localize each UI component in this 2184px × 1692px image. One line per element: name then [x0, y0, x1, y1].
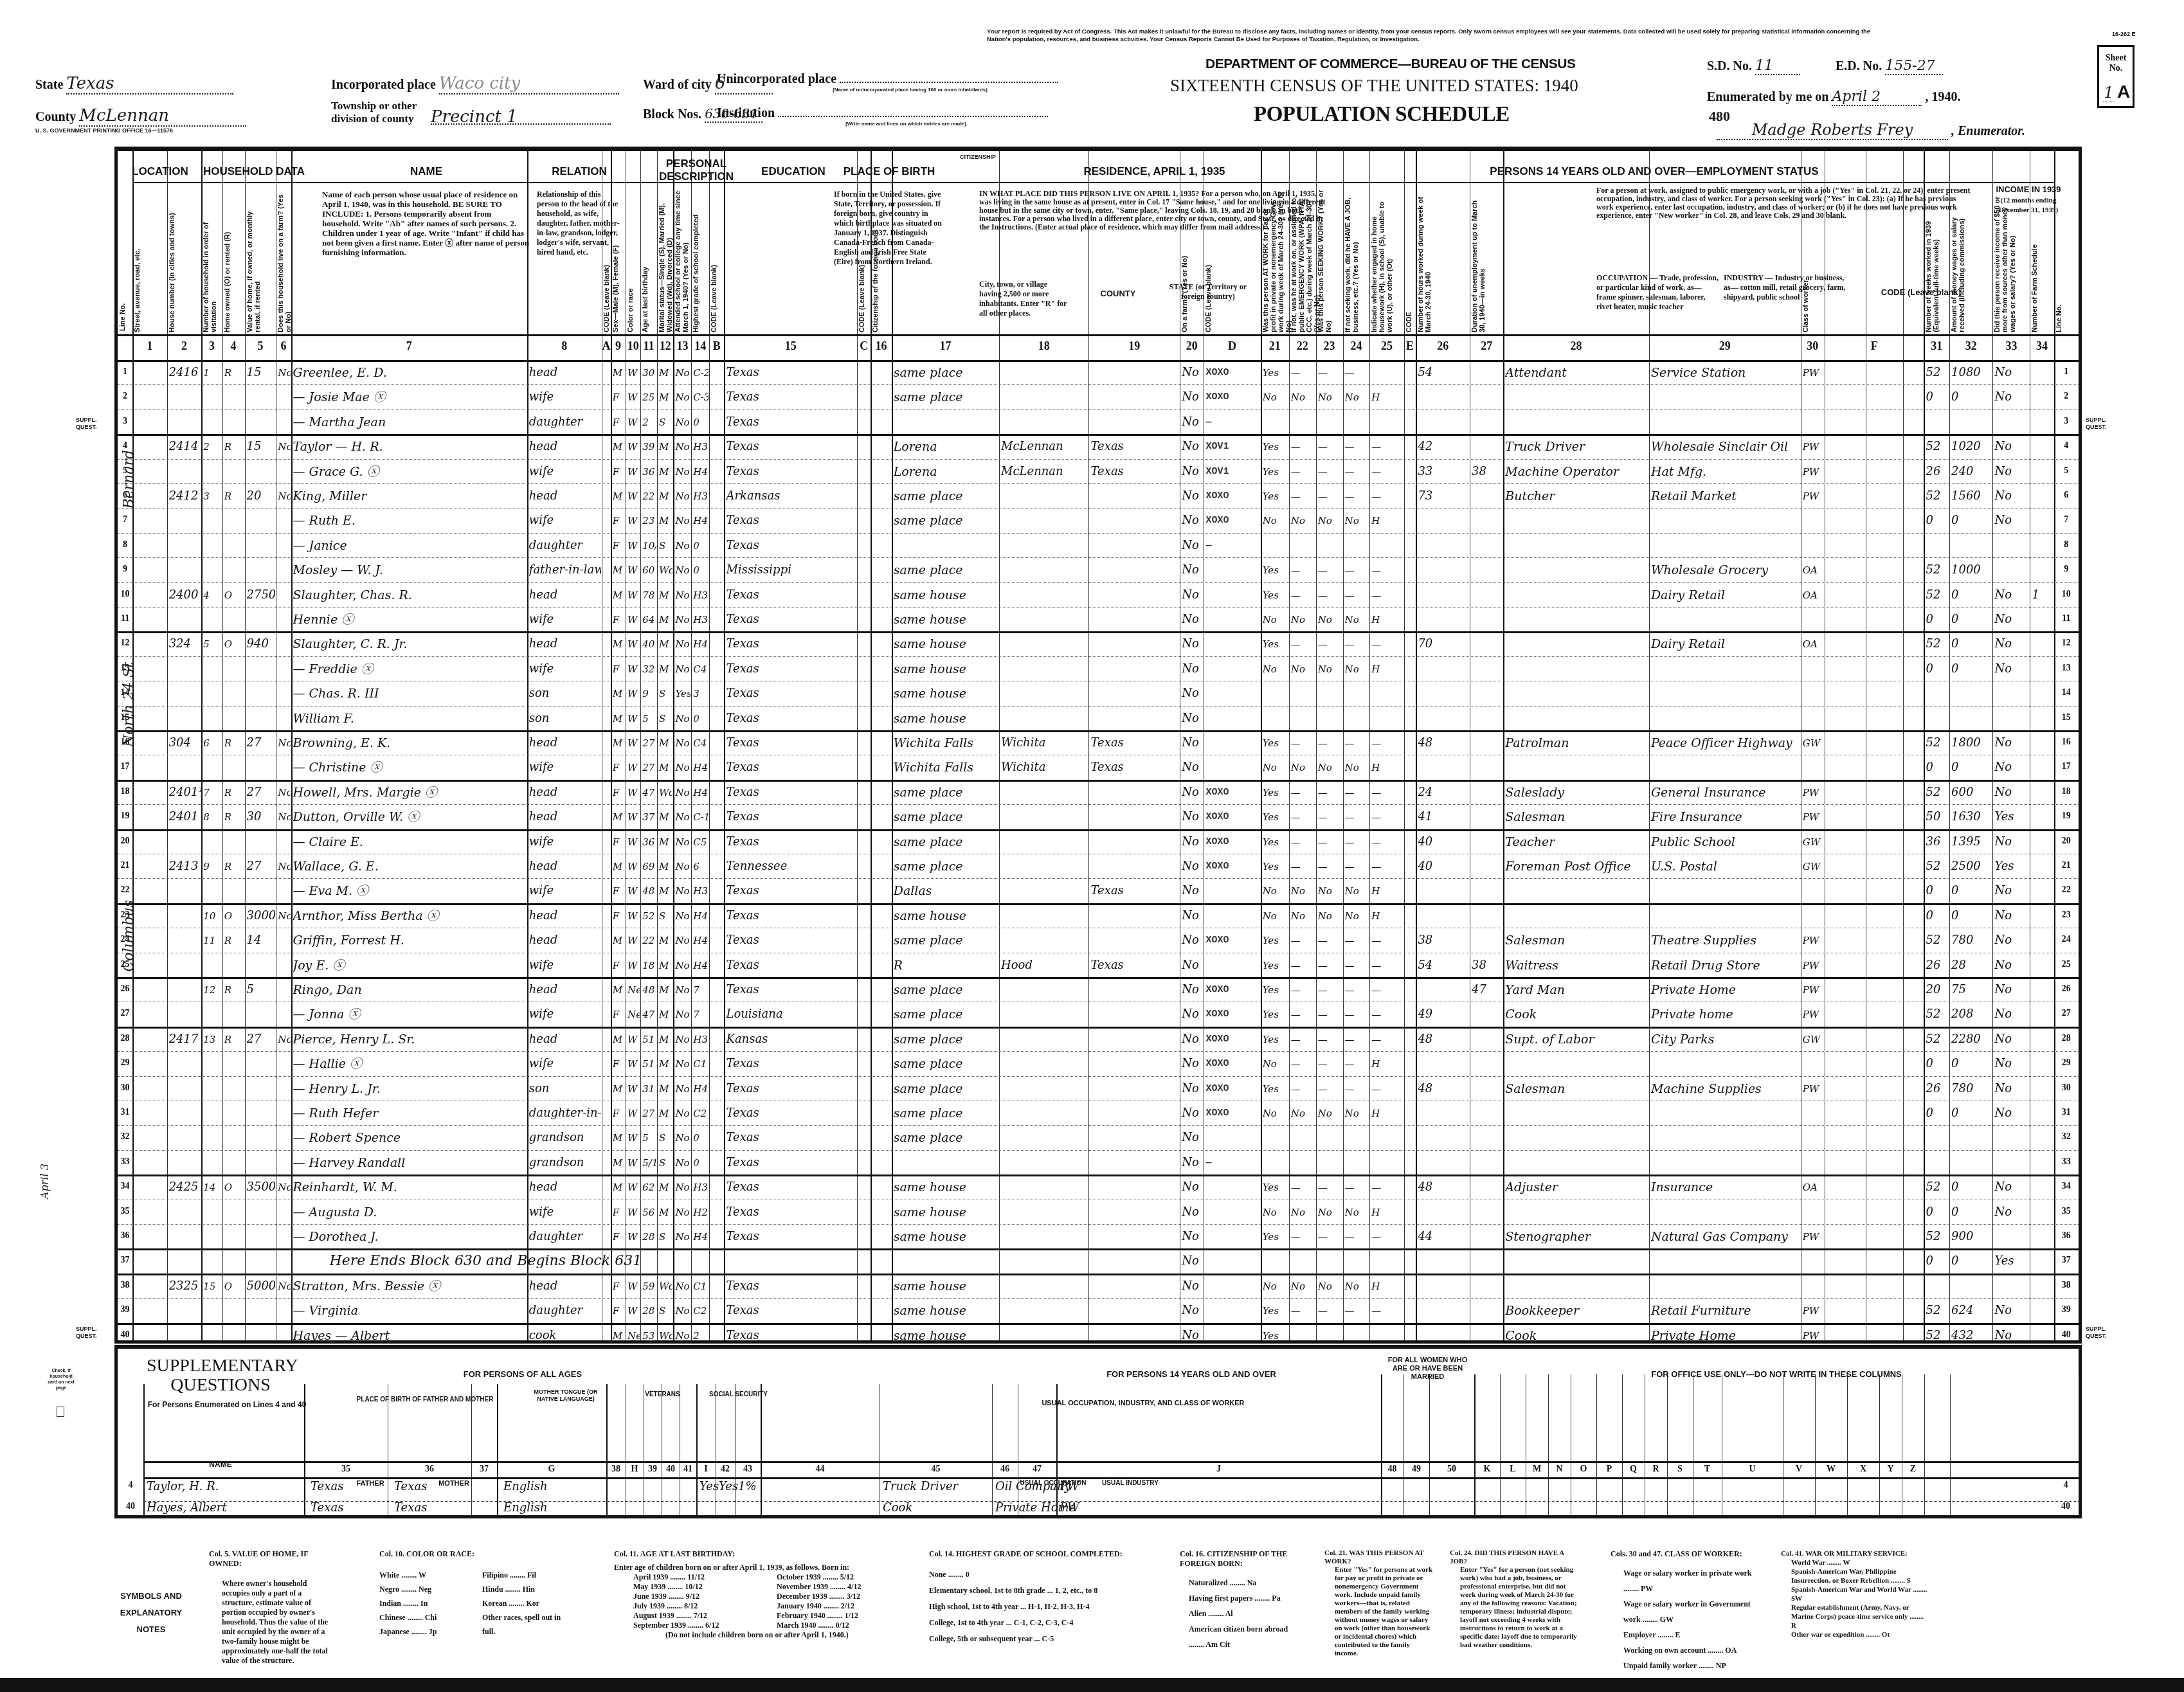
cell-birth: Texas	[726, 786, 856, 799]
cell-code-d: XOXO	[1205, 1008, 1259, 1021]
cell-age: 5/12	[642, 1156, 656, 1169]
cell-c24: —	[1345, 1083, 1369, 1095]
cell-own: O	[224, 1280, 244, 1293]
cell-res-state: Texas	[1090, 465, 1179, 478]
table-row: 242411R14Griffin, Forrest H.headMW22MNoH…	[118, 928, 2079, 952]
enumerator-signature: Madge Roberts Frey	[1717, 121, 1948, 140]
cell-ind: Public School	[1651, 836, 1800, 849]
cell-hh: 3	[203, 490, 222, 503]
cell-wages: 600	[1951, 786, 1992, 799]
cell-res-county: McLennan	[1001, 465, 1088, 478]
cell-sex: F	[613, 416, 625, 429]
cell-rel: head	[529, 860, 601, 873]
cell-grade: C2	[693, 1304, 708, 1317]
cell-cls: PW	[1803, 1329, 1824, 1342]
cell-c24: —	[1345, 1304, 1369, 1317]
column-divider	[1902, 1374, 1902, 1515]
cell-school: No	[675, 1083, 690, 1095]
incorporated-place-field: Incorporated place Waco city	[331, 74, 619, 94]
note-item: Negro ........ Neg	[379, 1582, 469, 1596]
cell-hours: 48	[1418, 1083, 1469, 1095]
cell-race: W	[627, 737, 640, 750]
cell-c25: —	[1371, 589, 1403, 602]
supp-column-number: 35	[304, 1464, 388, 1475]
supp-column-number: S	[1667, 1464, 1693, 1475]
cell-weeks: 52	[1926, 440, 1949, 453]
cell-res: same place	[894, 1008, 998, 1021]
line-number: 10	[118, 589, 132, 600]
cell-birth: Texas	[726, 984, 856, 996]
note-item: May 1939 ........ 10/12	[633, 1582, 766, 1592]
cell-grade: H4	[693, 465, 708, 478]
cell-other: No	[1994, 836, 2029, 849]
line-number-right: 27	[2054, 1009, 2079, 1019]
cell-birth: Texas	[726, 1206, 856, 1219]
cell-school: No	[675, 589, 690, 602]
cell-name: — Henry L. Jr.	[293, 1083, 527, 1095]
line-number: 31	[118, 1108, 132, 1118]
cell-farm: No	[278, 786, 290, 799]
column-number: D	[1204, 339, 1260, 353]
line-number: 29	[118, 1058, 132, 1068]
cell-c23: No	[1318, 1206, 1342, 1219]
column-header-dur: Duration of unemployment up to March 30,…	[1471, 190, 1503, 332]
supp-line-number-right: 4	[2053, 1480, 2079, 1491]
column-divider	[1722, 1374, 1722, 1515]
cell-rel: grandson	[529, 1156, 601, 1169]
cell-c25: H	[1371, 761, 1403, 774]
cell-race: W	[627, 416, 640, 429]
cell-school: No	[675, 490, 690, 503]
cell-weeks: 52	[1926, 860, 1949, 873]
table-row: 18182401½7R27NoHowell, Mrs. Margie ⓧhead…	[118, 780, 2079, 804]
cell-farm: No	[278, 1033, 290, 1046]
cell-sex: M	[613, 589, 625, 602]
cell-mar: M	[659, 1206, 673, 1219]
cell-c24: —	[1345, 1057, 1369, 1070]
cell-occ: Yard Man	[1505, 984, 1648, 996]
cell-name: Howell, Mrs. Margie ⓧ	[293, 786, 527, 799]
cell-c22: —	[1291, 440, 1315, 453]
group-relation: RELATION	[534, 165, 624, 178]
cell-birth: Texas	[726, 885, 856, 897]
cell-res: same place	[894, 490, 998, 503]
cell-c21: Yes	[1263, 1230, 1288, 1243]
cell-house: 2400	[169, 589, 201, 602]
cell-grade: 0	[693, 1156, 708, 1169]
cell-res-state: Texas	[1090, 885, 1179, 897]
cell-on-farm: No	[1182, 391, 1203, 404]
cell-code-d: XOXO	[1205, 811, 1259, 824]
cell-grade: 3	[693, 687, 708, 700]
cell-age: 27	[642, 1107, 656, 1120]
table-row: 1414— Chas. R. IIIsonMW9SYes3Texassame h…	[118, 681, 2079, 705]
cell-res: same house	[894, 613, 998, 626]
cell-cls: PW	[1803, 366, 1824, 379]
cell-c21: No	[1263, 514, 1288, 527]
supp-mother-tongue: English	[503, 1502, 600, 1515]
cell-c21: Yes	[1263, 1083, 1288, 1095]
cell-cls: OA	[1803, 1181, 1824, 1194]
cell-cls: PW	[1803, 934, 1824, 947]
cell-other: No	[1994, 613, 2029, 626]
supp-column-number: 50	[1429, 1464, 1474, 1475]
table-row: 3030— Henry L. Jr.sonMW31MNoH4Texassame …	[118, 1076, 2079, 1101]
note-col14-title: Col. 14. HIGHEST GRADE OF SCHOOL COMPLET…	[929, 1549, 1128, 1559]
cell-other: No	[1994, 910, 2029, 923]
cell-code-d: XOXO	[1205, 1083, 1259, 1095]
cell-code-d: XOV1	[1205, 465, 1259, 478]
cell-ind: Insurance	[1651, 1181, 1800, 1194]
cell-hours: 41	[1418, 811, 1469, 824]
cell-wages: 0	[1951, 1206, 1992, 1219]
note-item: College, 1st to 4th year ... C-1, C-2, C…	[929, 1615, 1128, 1631]
column-number: 13	[673, 339, 691, 353]
industry-col-header: INDUSTRY — Industry or business, as— cot…	[1724, 273, 1846, 302]
cell-race: W	[627, 687, 640, 700]
supp-column-number: 46	[992, 1464, 1018, 1475]
cell-race: W	[627, 1304, 640, 1317]
column-header-street: Street, avenue, road, etc.	[134, 190, 166, 332]
cell-school: No	[675, 1131, 690, 1144]
supp-usual-occupation: Cook	[883, 1502, 992, 1515]
cell-school: No	[675, 366, 690, 379]
cell-sex: M	[613, 1083, 625, 1095]
column-number: 15	[724, 339, 857, 353]
cell-cls: PW	[1803, 1083, 1824, 1095]
cell-birth: Texas	[726, 910, 856, 923]
table-row: 77— Ruth E.wifeFW23MNoH4Texassame placeN…	[118, 508, 2079, 532]
cell-c25: —	[1371, 1008, 1403, 1021]
supp-name: Taylor, H. R.	[147, 1480, 301, 1493]
cell-occ: Waitress	[1505, 959, 1648, 972]
line-number: 40	[118, 1330, 132, 1340]
note-col21-text: Enter "Yes" for persons at work for pay …	[1324, 1566, 1434, 1658]
cell-ind: Peace Officer Highway	[1651, 737, 1800, 750]
cell-c25: H	[1371, 1206, 1403, 1219]
cell-c22: No	[1291, 613, 1315, 626]
cell-c21: Yes	[1263, 440, 1288, 453]
line-number-right: 14	[2054, 688, 2079, 698]
cell-age: 27	[642, 761, 656, 774]
cell-occ: Machine Operator	[1505, 465, 1648, 478]
cell-birth: Louisiana	[726, 1008, 856, 1021]
cell-c21: Yes	[1263, 786, 1288, 799]
unincorporated-field: Unincorporated place (Name of unincorpor…	[717, 72, 1058, 93]
cell-on-farm: No	[1182, 885, 1203, 897]
note-item: November 1939 ........ 4/12	[777, 1582, 910, 1592]
cell-rel: head	[529, 1280, 601, 1293]
cell-ind: Private Home	[1651, 984, 1800, 996]
supp-column-number: I	[696, 1464, 716, 1475]
cell-birth: Texas	[726, 811, 856, 824]
cell-sex: F	[613, 391, 625, 404]
table-row: 4424142R15NoTaylor — H. R.headMW39MNoH3T…	[118, 434, 2079, 458]
cell-name: — Josie Mae ⓧ	[293, 391, 527, 404]
cell-c23: No	[1318, 910, 1342, 923]
cell-sex: F	[613, 786, 625, 799]
cell-wages: 0	[1951, 1181, 1992, 1194]
cell-name: — Augusta D.	[293, 1206, 527, 1219]
cell-grade: 0	[693, 1131, 708, 1144]
line-number-right: 18	[2054, 787, 2079, 797]
cell-sex: F	[613, 836, 625, 849]
cell-weeks: 0	[1926, 1107, 1949, 1120]
cell-c25: —	[1371, 1083, 1403, 1095]
cell-weeks: 52	[1926, 490, 1949, 503]
cell-on-farm: No	[1182, 959, 1203, 972]
sheet-number: 1	[2103, 84, 2115, 102]
cell-own: R	[224, 490, 244, 503]
note-item: July 1939 ........ 8/12	[633, 1601, 766, 1611]
cell-mar: S	[659, 910, 673, 923]
column-header-value: Value of home, if owned, or monthly rent…	[246, 190, 276, 332]
column-number: 11	[640, 339, 657, 353]
cell-name: — Grace G. ⓧ	[293, 465, 527, 478]
cell-age: 36	[642, 465, 656, 478]
cell-res-county: McLennan	[1001, 440, 1088, 453]
note-col24-text: Enter "Yes" for a person (not seeking wo…	[1450, 1566, 1578, 1650]
cell-c22: No	[1291, 1107, 1315, 1120]
cell-grade: C4	[693, 663, 708, 676]
column-number: 26	[1416, 339, 1470, 353]
cell-name: — Dorothea J.	[293, 1230, 527, 1243]
county-label: County	[35, 110, 76, 124]
cell-wages: 0	[1951, 613, 1992, 626]
cell-name: — Hallie ⓧ	[293, 1057, 527, 1070]
cell-birth: Texas	[726, 836, 856, 849]
line-number: 30	[118, 1083, 132, 1093]
cell-farm: No	[278, 910, 290, 923]
cell-mar: M	[659, 811, 673, 824]
column-divider	[761, 1384, 762, 1515]
column-header-other: Did this person receive income of $50 or…	[1994, 190, 2029, 332]
cell-birth: Texas	[726, 1329, 856, 1342]
cell-c22: No	[1291, 1280, 1315, 1293]
cell-c23: —	[1318, 465, 1342, 478]
cell-sex: F	[613, 1206, 625, 1219]
cell-age: 78	[642, 589, 656, 602]
cell-c22: No	[1291, 663, 1315, 676]
cell-sex: F	[613, 761, 625, 774]
cell-res: same house	[894, 687, 998, 700]
cell-occ: Salesman	[1505, 934, 1648, 947]
column-header-codeC: CODE (Leave blank)	[858, 190, 870, 332]
cell-grade: H3	[693, 589, 708, 602]
cell-school: No	[675, 984, 690, 996]
line-number-right: 11	[2054, 614, 2079, 624]
column-number: 32	[1949, 339, 1992, 353]
cell-c21: Yes	[1263, 984, 1288, 996]
group-education: EDUCATION	[755, 165, 831, 178]
cell-wages: 0	[1951, 638, 1992, 651]
cell-c25: —	[1371, 786, 1403, 799]
cell-grade: 0	[693, 539, 708, 552]
cell-c25: H	[1371, 910, 1403, 923]
cell-sex: M	[613, 737, 625, 750]
cell-value: 20	[247, 490, 276, 503]
supp-column-number: 38	[606, 1464, 626, 1475]
column-divider	[1847, 1374, 1848, 1515]
cell-wages: 432	[1951, 1329, 1992, 1342]
cell-sex: F	[613, 465, 625, 478]
unincorporated-label: Unincorporated place	[717, 72, 836, 86]
residence-county-header: COUNTY	[1073, 287, 1163, 300]
note-col11: Col. 11. AGE AT LAST BIRTHDAY: Enter age…	[614, 1549, 910, 1640]
cell-c25: —	[1371, 638, 1403, 651]
column-divider	[1429, 1374, 1430, 1515]
cell-hh: 14	[203, 1181, 222, 1194]
cell-c25: —	[1371, 959, 1403, 972]
cell-other: Yes	[1994, 1255, 2014, 1268]
cell-res: same house	[894, 1280, 998, 1293]
column-header-age: Age at last birthday	[642, 190, 656, 332]
cell-weeks: 52	[1926, 786, 1949, 799]
cell-hh: 5	[203, 638, 222, 651]
cell-race: W	[627, 589, 640, 602]
cell-own: R	[224, 1033, 244, 1046]
cell-res-state: Texas	[1090, 440, 1179, 453]
cell-c22: —	[1291, 1057, 1315, 1070]
cell-c22: —	[1291, 811, 1315, 824]
cell-c21: Yes	[1263, 638, 1288, 651]
cell-c25: —	[1371, 1304, 1403, 1317]
column-header-c22: If not, was he at work on, or assigned t…	[1290, 190, 1315, 332]
cell-age: 60	[642, 564, 656, 577]
cell-race: W	[627, 761, 640, 774]
cell-wages: 0	[1951, 1057, 1992, 1070]
column-header-c25: Indicate whether engaged in home housewo…	[1371, 190, 1403, 332]
cell-c22: No	[1291, 1206, 1315, 1219]
supp-column-number: 47	[1018, 1464, 1056, 1475]
cell-c24: —	[1345, 440, 1369, 453]
cell-res-county: Wichita	[1001, 737, 1088, 750]
column-number: 30	[1801, 339, 1825, 353]
ward-label: Ward of city	[643, 78, 712, 92]
supp-column-number: 37	[471, 1464, 497, 1475]
cell-on-farm: No	[1182, 1206, 1203, 1219]
cell-age: 56	[642, 1206, 656, 1219]
cell-c21: No	[1263, 391, 1288, 404]
supp-column-number: P	[1596, 1464, 1622, 1475]
cell-on-farm: No	[1182, 465, 1203, 478]
supp-line-number: 40	[118, 1502, 143, 1512]
line-number-right: 25	[2054, 960, 2079, 970]
supp-column-number: 43	[735, 1464, 761, 1475]
cell-race: W	[627, 1131, 640, 1144]
cell-cls: OA	[1803, 564, 1824, 577]
cell-c24: —	[1345, 465, 1369, 478]
cell-rel: daughter	[529, 1304, 601, 1317]
cell-on-farm: No	[1182, 638, 1203, 651]
supp-column-number: X	[1847, 1464, 1879, 1475]
cell-school: No	[675, 539, 690, 552]
note-item: American citizen born abroad ........ Am…	[1189, 1621, 1302, 1652]
column-number: 7	[291, 339, 527, 353]
cell-wages: 1630	[1951, 811, 1992, 824]
cell-farm-sched: 1	[2032, 589, 2053, 602]
line-number-right: 31	[2054, 1108, 2079, 1118]
cell-sex: F	[613, 514, 625, 527]
cell-farm: No	[278, 1181, 290, 1194]
sheet-label: Sheet No.	[2099, 53, 2133, 74]
line-number: 27	[118, 1009, 132, 1019]
cell-c21: Yes	[1263, 490, 1288, 503]
enumerated-date: April 2	[1832, 89, 1922, 106]
cell-c23: No	[1318, 613, 1342, 626]
cell-birth: Texas	[726, 761, 856, 774]
cell-mar: M	[659, 490, 673, 503]
cell-grade: H4	[693, 761, 708, 774]
table-row: 2020— Claire E.wifeFW36MNoC5Texassame pl…	[118, 829, 2079, 854]
cell-res: same place	[894, 786, 998, 799]
column-divider	[1474, 1374, 1476, 1515]
supp-column-number: N	[1548, 1464, 1571, 1475]
cell-rel: head	[529, 638, 601, 651]
note-item: Wage or salary worker in private work ..…	[1623, 1565, 1752, 1596]
township-value: Precinct 1	[431, 111, 611, 125]
table-row: 3434242514O3500NoReinhardt, W. M.headMW6…	[118, 1174, 2079, 1199]
cell-cls: PW	[1803, 1008, 1824, 1021]
column-divider	[880, 1384, 880, 1515]
cell-weeks: 52	[1926, 934, 1949, 947]
household-card-checkbox[interactable]	[57, 1407, 64, 1417]
cell-sex: F	[613, 663, 625, 676]
note-item: White ........ W	[379, 1568, 469, 1582]
cell-c24: No	[1345, 663, 1369, 676]
cell-res: same house	[894, 1230, 998, 1243]
cell-c24: —	[1345, 366, 1369, 379]
suppl-quest-label-left-40: SUPPL. QUEST.	[76, 1326, 107, 1340]
cell-c24: —	[1345, 1181, 1369, 1194]
census-title: SIXTEENTH CENSUS OF THE UNITED STATES: 1…	[1170, 76, 1578, 96]
column-header-wages: Amount of money wages or salary received…	[1951, 190, 1992, 332]
cell-house: 2413	[169, 860, 201, 873]
row-divider	[143, 1461, 2079, 1463]
cell-age: 51	[642, 1033, 656, 1046]
cell-wages: 2500	[1951, 860, 1992, 873]
cell-hours: 48	[1418, 737, 1469, 750]
cell-grade: 0	[693, 564, 708, 577]
cell-cls: PW	[1803, 786, 1824, 799]
sheet-box: Sheet No. 1 A	[2097, 45, 2134, 108]
supp-col-usual-ind: USUAL INDUSTRY	[1092, 1477, 1169, 1490]
cell-c24: —	[1345, 564, 1369, 577]
cell-c22: —	[1291, 934, 1315, 947]
cell-other: Yes	[1994, 860, 2029, 873]
note-item: Other races, spell out in full.	[482, 1610, 572, 1639]
note-col41: Col. 41. WAR OR MILITARY SERVICE: World …	[1781, 1549, 1929, 1639]
cell-weeks: 26	[1926, 465, 1949, 478]
cell-code-d: XOXO	[1205, 786, 1259, 799]
cell-on-farm: No	[1182, 1057, 1203, 1070]
cell-ind: Natural Gas Company	[1651, 1230, 1800, 1243]
column-divider	[1526, 1374, 1526, 1515]
cell-code-d: XOXO	[1205, 1033, 1259, 1046]
cell-c23: —	[1318, 1057, 1342, 1070]
cell-hh: 2	[203, 440, 222, 453]
column-number: 12	[657, 339, 674, 353]
cell-on-farm: No	[1182, 416, 1203, 429]
cell-cls: PW	[1803, 440, 1824, 453]
cell-grade: C1	[693, 1280, 708, 1293]
cell-hours: 54	[1418, 366, 1469, 379]
cell-c24: —	[1345, 959, 1369, 972]
line-number-right: 24	[2054, 935, 2079, 945]
cell-mar: M	[659, 1107, 673, 1120]
cell-c24: —	[1345, 1230, 1369, 1243]
column-divider	[680, 1384, 680, 1515]
